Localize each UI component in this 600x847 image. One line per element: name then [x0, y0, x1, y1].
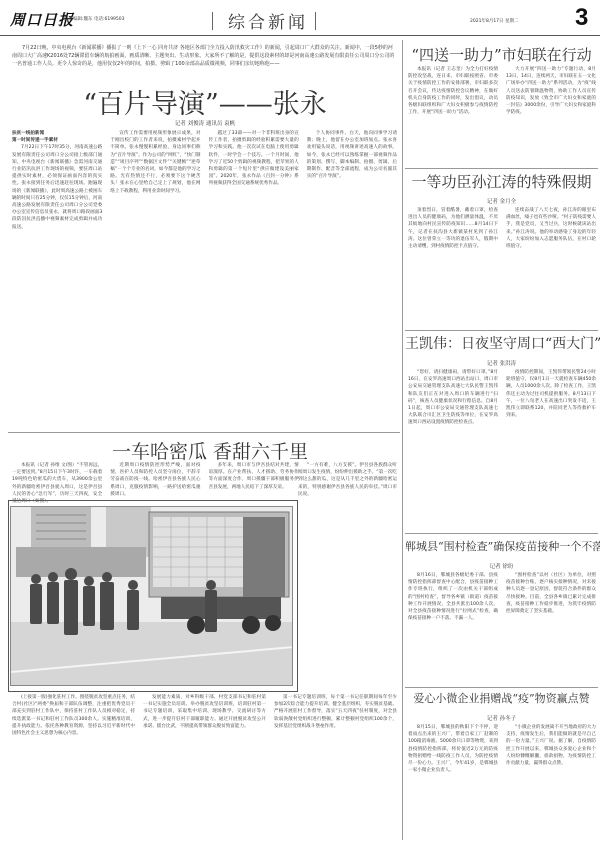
divider-right [315, 12, 316, 30]
sun-jiangtao-columns: 顶着烈日，冒着酷暑，戴着口罩，检查进出人员的健康码，为他们测量体温，不厌其烦地向… [408, 207, 596, 327]
article-text: 本报讯（记者 王志奎）为全力打好疫情防控攻坚战，连日来，市妇联按照省、市委关于疫… [408, 66, 498, 116]
melon-headline: 一车哈密瓜 香甜六千里 [100, 437, 320, 464]
article-text: 7月22日下午17时35分，河南高速公路发展有限责任公司周口分公司接上级部门通知… [12, 144, 102, 230]
article-text: 连续奋战了八天七夜，孙江涛的眼里布满血丝，嗓子也有些沙哑。“村子防疫需要人手，我… [506, 207, 596, 250]
women-federation-columns: 本报讯（记者 王志奎）为全力打好疫情防控攻坚战，连日来，市妇联按照省、市委关于疫… [408, 66, 596, 166]
article-column: 8月15日，郸城县的秋阳下个不停，迎着雨点出来的王兴厂，带着自家工厂赶制的100… [408, 724, 498, 842]
article-column: 本报讯（记者 王志奎）为全力打好疫情防控攻坚战，连日来，市妇联按照省、市委关于疫… [408, 66, 498, 166]
dancheng-columns: 8月16日，郸城县各级纪委干部、县疫情防控指挥部督查中心配合，县疫苗接种工作专班… [408, 572, 596, 684]
masthead: 周口日报 值班编辑:魏东 电话:6199503 综合新闻 2021年8月17日 … [0, 0, 600, 36]
article-column: 8月16日，郸城县各级纪委干部、县疫情防控指挥部督查中心配合，县疫苗接种工作专班… [408, 572, 498, 684]
article-text: 第一书记专题培训班，每个第一书记任职期间每年至少参加2次综合能力提升培训。健全基… [274, 694, 397, 730]
article-text: 多年来，周口市与伊吾县结对共建，情谊深厚。在产业帮扶、人才援助、劳务协作等方面深… [209, 462, 299, 491]
wang-kaiwei-headline: 王凯伟：日夜坚守周口“西大门” [405, 333, 598, 353]
subhead: 扶贫一线拍新闻 [12, 130, 102, 137]
article-text: 大力开展“四送一助力”专题行动，8月13日、14日，连续两天，市妇联在五一文化广… [506, 66, 596, 116]
lead-columns: 扶贫一线拍新闻 第一时间传递一手素材 7月22日下午17时35分，河南高速公路发… [12, 130, 397, 430]
edition-info: 值班编辑:魏东 电话:6199503 [64, 16, 125, 22]
lead-byline: 记者 刘俊涛 通讯员 袁帆 [10, 119, 400, 127]
issue-date: 2021年8月17日 星期二 [470, 18, 518, 24]
donation-byline: 记者 孙冬子 [405, 714, 598, 722]
article-text: 发展能力素质，对乡科级干部、村党支部书记和驻村第一书记实施全员培训。举办脱贫攻坚… [143, 694, 266, 730]
article-column: 疫情防控期间，王凯伟带领民警24小时轮班值守，仅8月1日一天就检查车辆450余辆… [506, 369, 596, 531]
article-column: 连续奋战了八天七夜，孙江涛的眼里布满血丝，嗓子也有些沙哑。“村子防疫需要人手，我… [506, 207, 596, 327]
article-text: “围村检查”以村（社区）为单位，对照疫苗接种台账，逐户核实接种情况，对未接种人员… [506, 572, 596, 615]
article-text: 宣传工作需要用视频形象展示成果，对于刚出校门的工作者来说，拍摄素材学起并不简单。… [110, 130, 200, 195]
article-text: “小微企业的发展离不开当地政府的大力支持，疫情发生后，我们能做的就是尽自己的一份… [506, 724, 596, 767]
dancheng-byline: 记者 徐纷 [405, 562, 598, 570]
article-text: 8月16日，郸城县各级纪委干部、县疫情防控指挥部督查中心配合，县疫苗接种工作专班… [408, 572, 498, 622]
story-divider [405, 687, 598, 688]
donation-headline: 爱心小微企业捐赠战“疫”物资赢点赞 [405, 690, 598, 706]
story-divider [8, 432, 400, 433]
melon-column-4: “一方有难，八方支援”。伊吾县各族群众听闻周口发生疫情，纷纷伸出援助之手。“第一… [298, 462, 397, 690]
sun-jiangtao-byline: 记者 金月全 [405, 197, 598, 205]
article-column: “您好，请扫健康码，请带好口罩。”8月16日，在安罗高速周口西站出站口，周口市公… [408, 369, 498, 531]
article-text: 越过了33部——对一个非科班出身的宣传工作者，拍摄剪辑的经验积累需要大量的学习和… [209, 130, 299, 188]
article-column: “围村检查”以村（社区）为单位，对照疫苗接种台账，逐户核实接种情况，对未接种人员… [506, 572, 596, 684]
article-text: 近期周口疫情防控形势严峻，面对疫情，医护人员和防控人员坚守岗位，不辞辛劳奋战在防… [110, 462, 200, 498]
lead-column-3: 越过了33部——对一个非科班出身的宣传工作者，拍摄剪辑的经验积累需要大量的学习和… [209, 130, 299, 430]
lead-intro: 7月22日晚，中央电视台《新闻联播》播报了一则《上下一心 同舟共济 各地区各部门… [12, 44, 397, 68]
article-text: 8月15日，郸城县的秋阳下个不停，迎着雨点出来的王兴厂，带着自家工厂赶制的100… [408, 724, 498, 774]
lower-column-3: 第一书记专题培训班，每个第一书记任职期间每年至少参加2次综合能力提升培训。健全基… [274, 694, 397, 844]
article-text: “一方有难，八方支援”。伊吾县各族群众听闻周口发生疫情，纷纷伸出援助之手。“第一… [298, 462, 397, 498]
subhead: 第一时间传递一手素材 [12, 137, 102, 144]
lower-left-columns: (上接第一版)强化驻村工作。围绕脱贫攻坚重点任务，结合村(社区)“两委”换届和干… [12, 694, 397, 844]
article-column: 顶着烈日，冒着酷暑，戴着口罩，检查进出人员的健康码，为他们测量体温，不厌其烦地向… [408, 207, 498, 327]
article-text: 顶着烈日，冒着酷暑，戴着口罩，检查进出人员的健康码，为他们测量体温，不厌其烦地向… [408, 207, 498, 250]
melon-truck-photo [10, 506, 293, 686]
article-text: 本报讯（记者 孙维 文/图）“不管再远，一定要送到。”8月15日下午3时许，一车… [12, 462, 102, 505]
article-text: 个人协同事件、白天，他向同事学习请教；晚上，他留在办公室加班加点。张永喜欢用镜头… [307, 130, 397, 180]
article-text: (上接第一版)强化驻村工作。围绕脱贫攻坚重点任务，结合村(社区)“两委”换届和干… [12, 694, 135, 737]
lead-headline: “百片导演”——张永 [10, 82, 400, 121]
page-number: 3 [575, 4, 588, 32]
lead-column-4: 个人协同事件、白天，他向同事学习请教；晚上，他留在办公室加班加点。张永喜欢用镜头… [307, 130, 397, 430]
story-divider [405, 533, 598, 534]
column-divider [402, 40, 403, 840]
section-title: 综合新闻 [222, 8, 314, 33]
lower-column-1: (上接第一版)强化驻村工作。围绕脱贫攻坚重点任务，结合村(社区)“两委”换届和干… [12, 694, 135, 844]
article-text: 疫情防控期间，王凯伟带领民警24小时轮班值守，仅8月1日一天就检查车辆450余辆… [506, 369, 596, 419]
donation-columns: 8月15日，郸城县的秋阳下个不停，迎着雨点出来的王兴厂，带着自家工厂赶制的100… [408, 724, 596, 842]
lower-column-2: 发展能力素质，对乡科级干部、村党支部书记和驻村第一书记实施全员培训。举办脱贫攻坚… [143, 694, 266, 844]
photo-illustration [11, 507, 293, 686]
lead-column-2: 宣传工作需要用视频形象展示成果，对于刚出校门的工作者来说，拍摄素材学起并不简单。… [110, 130, 200, 430]
melon-column-side: “一方有难，八方支援”。伊吾县各族群众听闻周口发生疫情，纷纷伸出援助之手。“第一… [298, 462, 397, 690]
dancheng-headline: 郸城县“围村检查”确保疫苗接种一个不落 [405, 538, 598, 554]
article-text: “您好，请扫健康码，请带好口罩。”8月16日，在安罗高速周口西站出站口，周口市公… [408, 369, 498, 427]
article-column: “小微企业的发展离不开当地政府的大力支持，疫情发生后，我们能做的就是尽自己的一份… [506, 724, 596, 842]
story-divider [405, 330, 598, 331]
story-divider [405, 168, 598, 169]
women-federation-headline: “四送一助力”市妇联在行动 [405, 44, 598, 65]
sun-jiangtao-headline: 一等功臣孙江涛的特殊假期 [405, 171, 598, 192]
article-column: 大力开展“四送一助力”专题行动，8月13日、14日，连续两天，市妇联在五一文化广… [506, 66, 596, 166]
wang-kaiwei-columns: “您好，请扫健康码，请带好口罩。”8月16日，在安罗高速周口西站出站口，周口市公… [408, 369, 596, 531]
divider-left [212, 12, 213, 30]
wang-kaiwei-byline: 记者 张洪涛 [405, 359, 598, 367]
lead-column-1: 扶贫一线拍新闻 第一时间传递一手素材 7月22日下午17时35分，河南高速公路发… [12, 130, 102, 430]
